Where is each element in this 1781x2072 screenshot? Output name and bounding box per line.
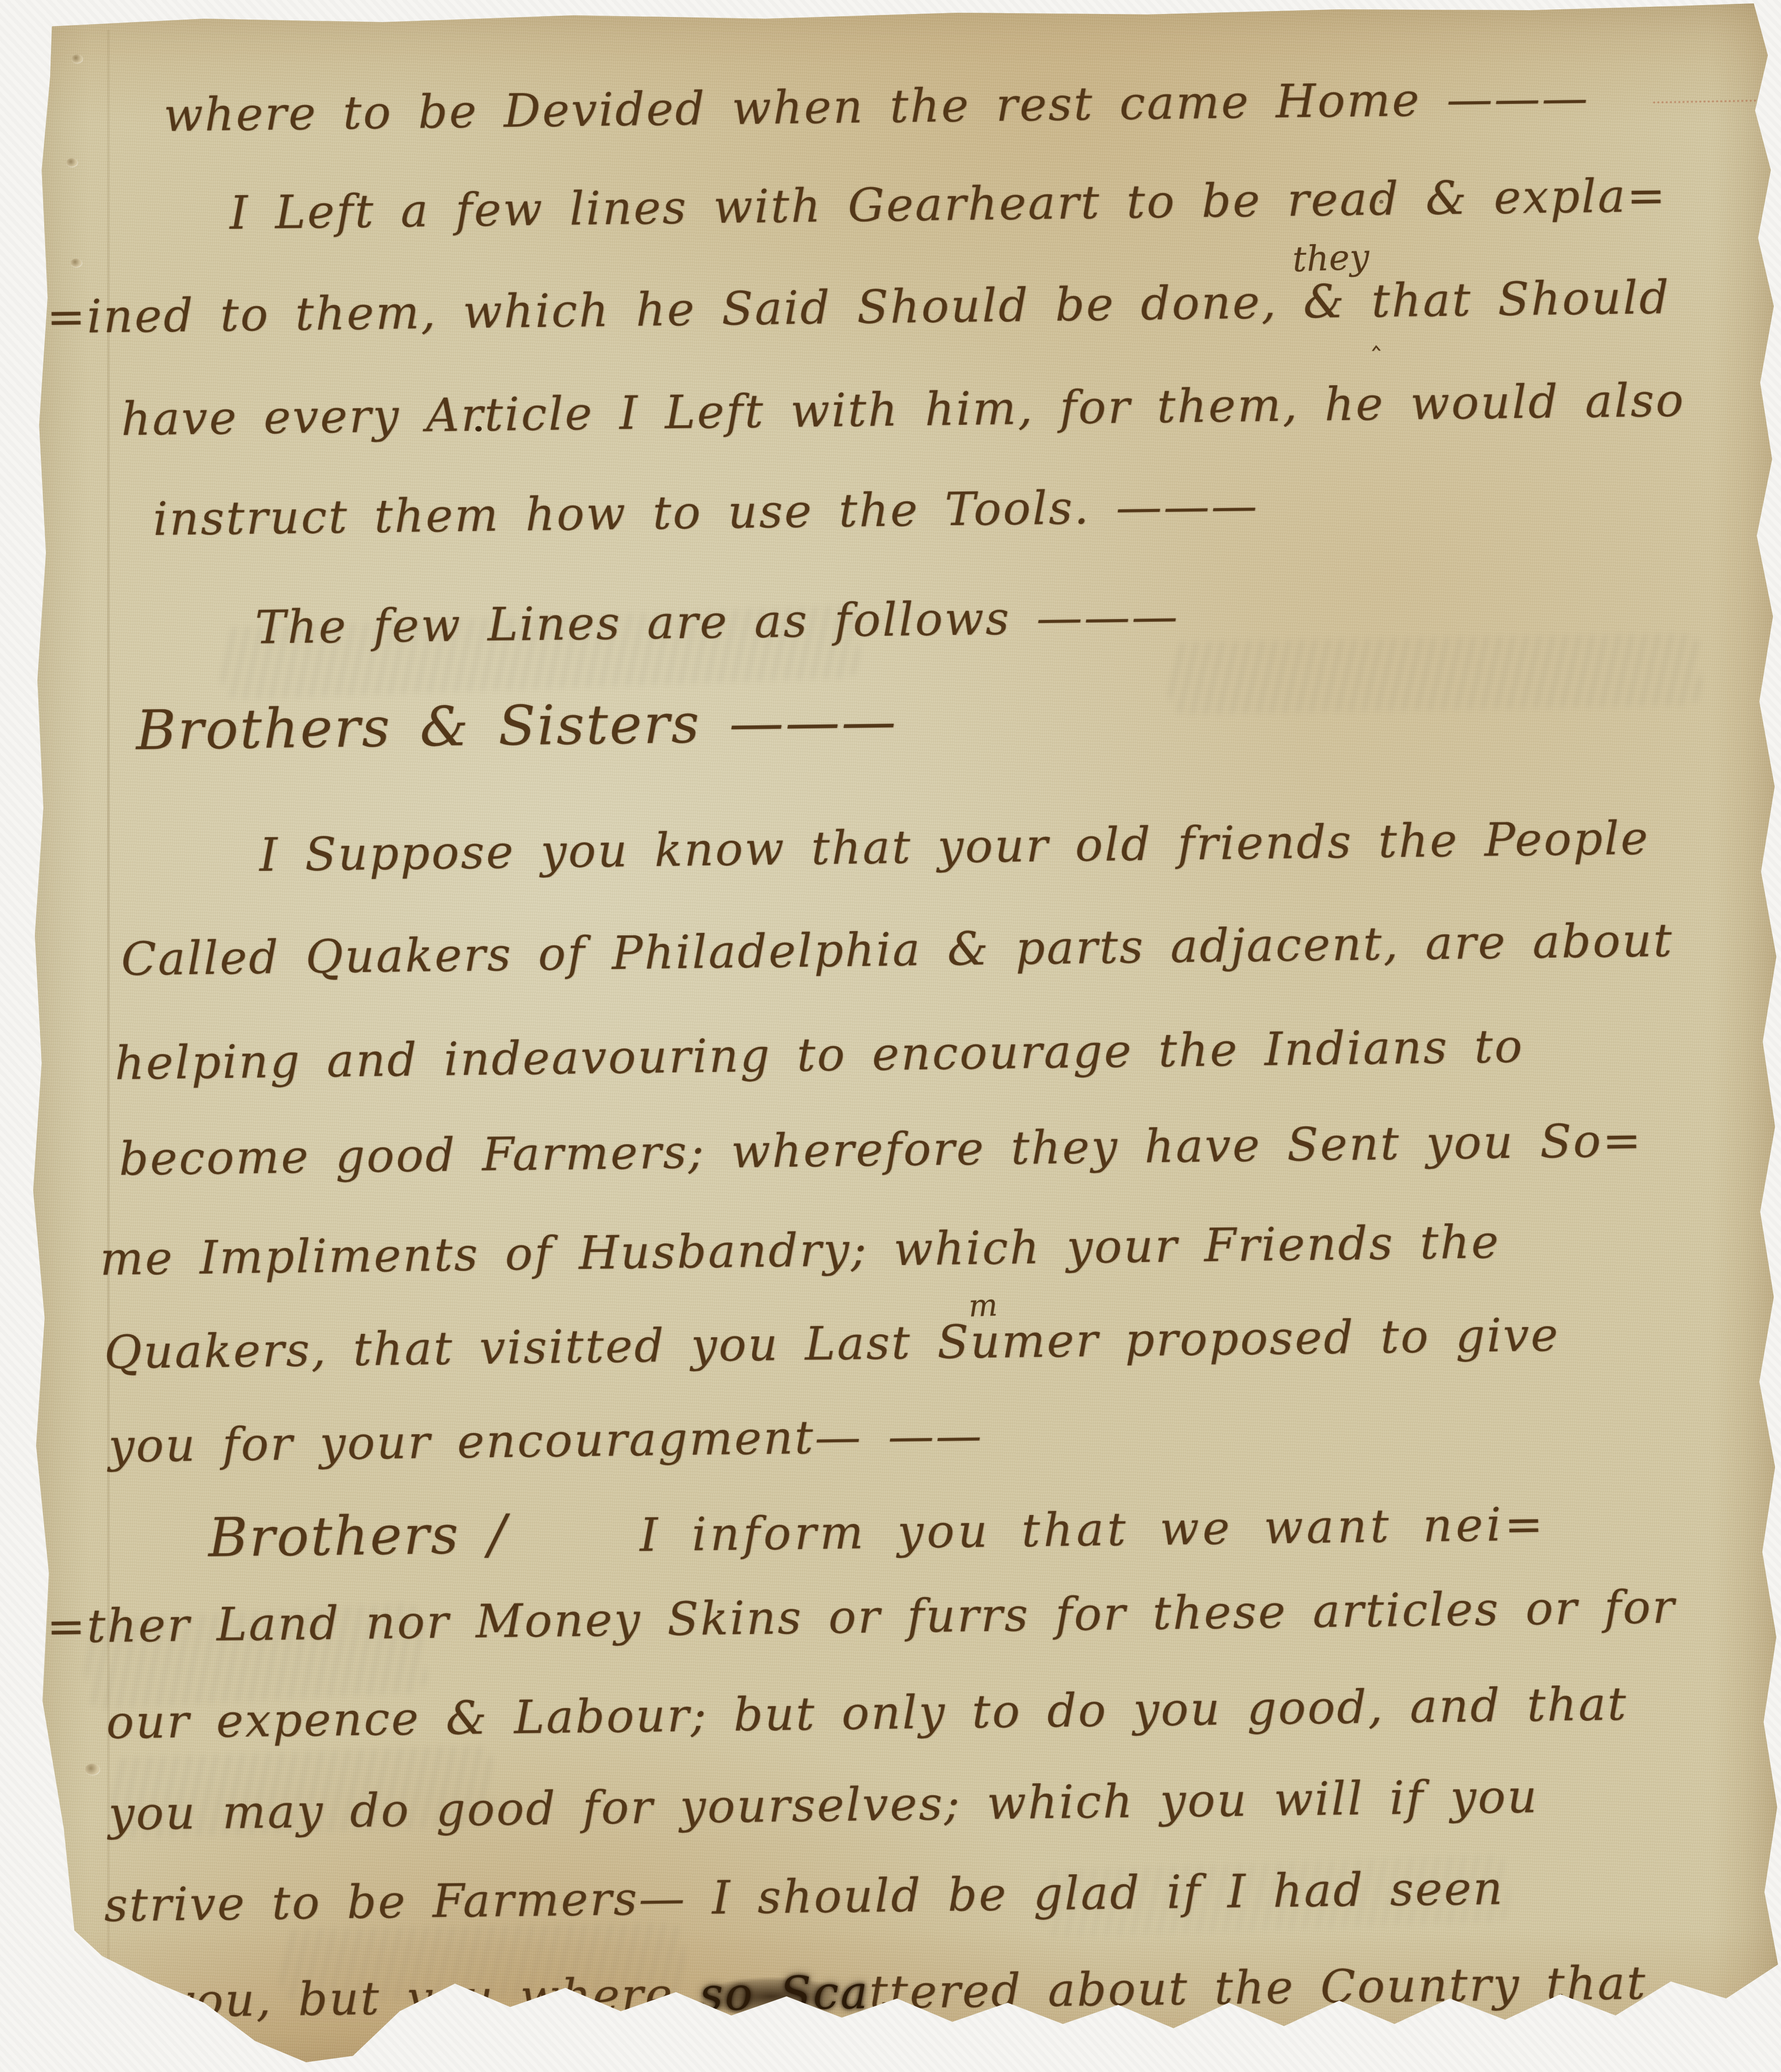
line-gap bbox=[508, 1551, 640, 1553]
scanner-background: where to be Devided when the rest came H… bbox=[0, 0, 1781, 2072]
manuscript-line: =ther Land nor Money Skins or furrs for … bbox=[46, 1581, 1676, 1654]
paper-dent bbox=[66, 158, 77, 167]
manuscript-line: I Left a few lines with Gearheart to be … bbox=[229, 170, 1667, 240]
manuscript-line: helping and indeavouring to encourage th… bbox=[114, 1020, 1524, 1091]
manuscript-line: Called Quakers of Philadelphia & parts a… bbox=[121, 914, 1673, 986]
manuscript-line: The few Lines are as follows ——— bbox=[255, 590, 1179, 654]
manuscript-line: instruct them how to use the Tools. ——— bbox=[153, 480, 1259, 546]
ink-bleedthrough-ghost bbox=[1169, 633, 1701, 715]
stitched-crease bbox=[1653, 99, 1773, 104]
interlinear-insertion: m bbox=[968, 1287, 998, 1324]
manuscript-line: =ined to them, which he Said Should be d… bbox=[46, 271, 1670, 344]
manuscript-line: me Impliments of Husbandry; which your F… bbox=[99, 1216, 1500, 1286]
paper-dent bbox=[71, 259, 82, 267]
manuscript-line: Brothers & Sisters ——— bbox=[136, 690, 898, 762]
manuscript-line: have every Article I Left with him, for … bbox=[121, 374, 1685, 446]
line-text: you, but you where bbox=[168, 1968, 700, 2028]
ink-blot-text: so Sca bbox=[699, 1966, 870, 2021]
salutation-word: Brothers / bbox=[208, 1503, 508, 1569]
paper-dent bbox=[71, 54, 82, 63]
manuscript-line: I Suppose you know that your old friends… bbox=[259, 812, 1650, 882]
manuscript-line: Quakers, that visitted you Last Sumer pr… bbox=[104, 1309, 1560, 1379]
interlinear-insertion: they bbox=[1292, 237, 1370, 280]
insertion-caret-mark: ‸ bbox=[1371, 320, 1381, 352]
line-text: ttered about the Country that bbox=[869, 1957, 1647, 2019]
manuscript-line: Brothers /I inform you that we want nei= bbox=[208, 1491, 1547, 1569]
manuscript-line: where to be Devided when the rest came H… bbox=[163, 72, 1590, 142]
manuscript-line: become good Farmers; wherefore they have… bbox=[119, 1114, 1643, 1186]
manuscript-page: where to be Devided when the rest came H… bbox=[0, 0, 1781, 2072]
paper-dent bbox=[85, 1764, 99, 1775]
manuscript-line: you for your encouragment— —— bbox=[108, 1410, 983, 1473]
line-continuation: I inform you that we want nei= bbox=[639, 1498, 1547, 1562]
